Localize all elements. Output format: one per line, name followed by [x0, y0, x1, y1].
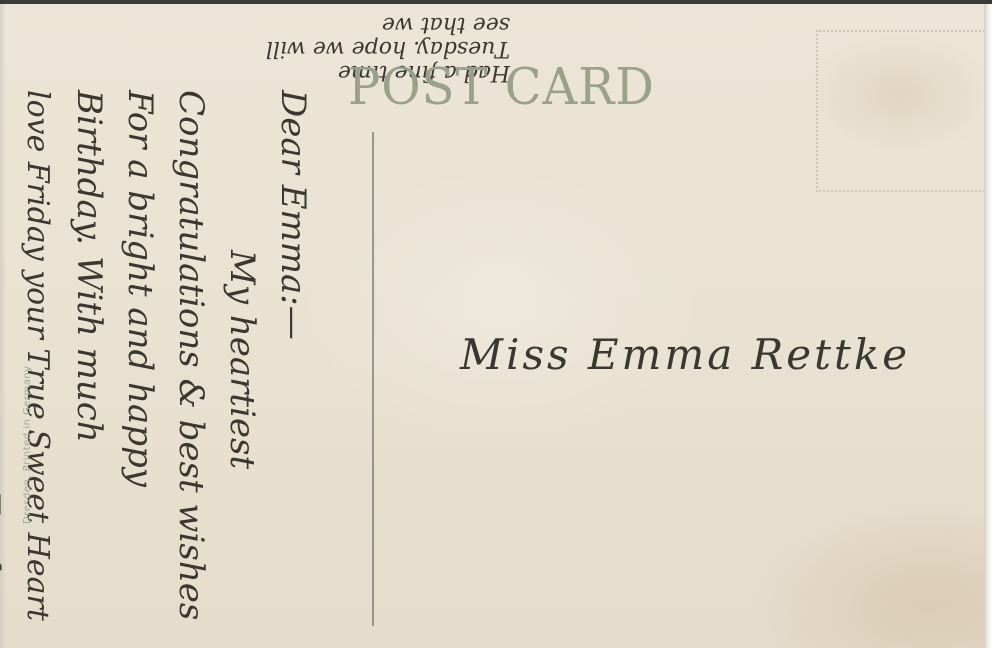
message-line: love Friday your True Sweet Heart	[12, 90, 63, 621]
stamp-box-outline	[816, 30, 992, 192]
handwritten-message: Dear Emma:— My heartiest Congratulations…	[0, 90, 318, 621]
recipient-address: Miss Emma Rettke	[460, 330, 910, 379]
message-line: For a bright and happy	[114, 90, 165, 621]
printer-imprint: Dresden. Printed in Germany	[22, 365, 33, 524]
message-line: Birthday. With much	[63, 90, 114, 621]
message-greeting: Dear Emma:—	[267, 90, 318, 621]
post-card-heading: POST CARD	[348, 58, 655, 117]
card-edge	[984, 4, 992, 648]
top-note-line: see that we	[10, 12, 510, 36]
message-line: Congratulations & best wishes	[165, 90, 216, 621]
message-line: My heartiest	[216, 90, 267, 621]
center-divider-line	[372, 132, 374, 626]
postcard-back: Had a fine time Tuesday. hope we will se…	[0, 0, 992, 648]
message-signature: Fred	[0, 90, 12, 621]
top-note-line: Tuesday. hope we will	[10, 36, 510, 60]
